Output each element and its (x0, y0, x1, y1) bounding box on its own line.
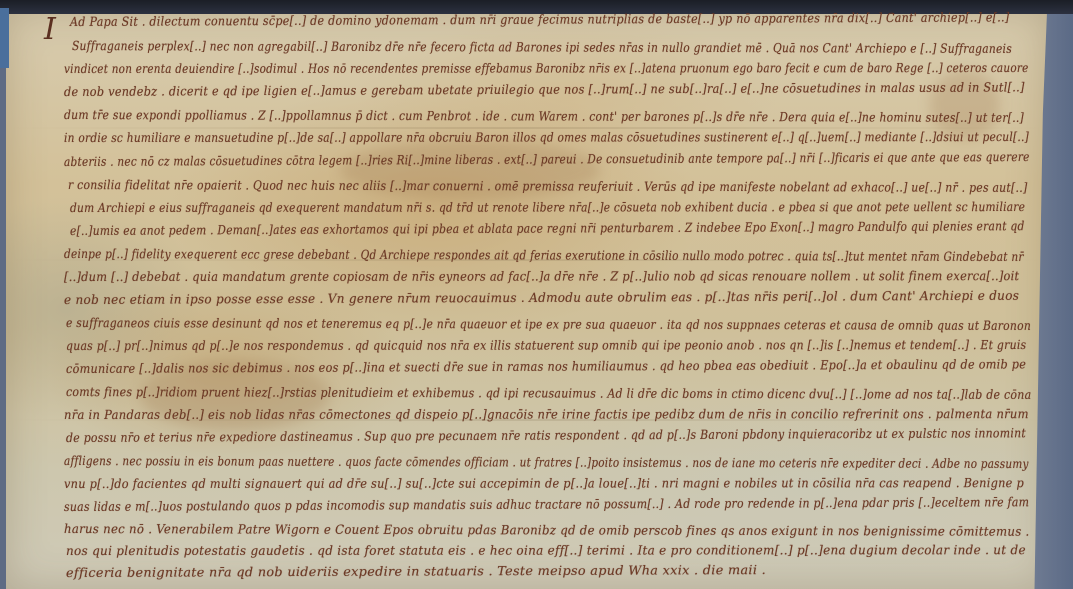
manuscript-line: affligens . nec possiu in eis bonum paas… (64, 453, 1029, 471)
manuscript-line: quas p[..] pr[..]nimus qd p[..]e nos res… (66, 337, 1026, 353)
manuscript-line: e suffraganeos ciuis esse desinunt qd no… (66, 315, 1031, 333)
manuscript-text: Ad Papa Sit . dilectum conuentu sc̄pe[..… (0, 0, 1073, 589)
manuscript-line: vnu p[..]do facientes qd multi signauert… (64, 475, 1024, 491)
manuscript-line: r consilia fidelitat nr̄e opaierit . Quo… (68, 177, 1027, 195)
manuscript-line: deinpe p[..] fidelity exequerent ecc gre… (64, 246, 1024, 264)
manuscript-line: Suffraganeis perplex[..] nec non agregab… (72, 38, 1012, 56)
manuscript-line: e nob nec etiam in ipso posse esse esse … (64, 288, 1019, 307)
manuscript-line: nos qui plenitudis potestatis gaudetis .… (66, 542, 1026, 558)
manuscript-line: efficeria benignitate nr̄a qd nob uideri… (66, 562, 766, 580)
manuscript-line: [..]dum [..] debebat . quia mandatum gre… (64, 268, 1019, 284)
manuscript-line: dum Archiepi e eius suffraganeis qd exeq… (70, 199, 1025, 215)
manuscript-line: de possu nr̄o et terius nr̄e expediore d… (66, 425, 1026, 445)
manuscript-line: comts fines p[..]ridiom pruent hiez[..]r… (66, 384, 1031, 402)
manuscript-line: vindicet non erenta deuiendire [..]sodim… (64, 60, 1029, 76)
manuscript-line: harus nec nō . Venerabilem Patre Wigorn … (64, 521, 1030, 539)
manuscript-line: in ordie sc humiliare e mansuetudine p[.… (64, 129, 1029, 145)
manuscript-line: cōmunicare [..]dalis nos sic debimus . n… (66, 356, 1026, 376)
manuscript-line: e[..]umis ea anot pedem . Deman[..]ates … (70, 218, 1025, 238)
manuscript-line: nr̄a in Pandaras deb[..] eis nob lidas n… (64, 406, 1029, 422)
manuscript-line: abteriis . nec nō cz malas cōsuetudines … (64, 149, 1030, 169)
manuscript-line: suas lidas e m[..]uos postulando quos p … (64, 494, 1029, 514)
manuscript-line: Ad Papa Sit . dilectum conuentu sc̄pe[..… (70, 9, 1009, 29)
manuscript-photo: I Ad Papa Sit . dilectum conuentu sc̄pe[… (0, 0, 1073, 589)
manuscript-line: de nob vendebz . dicerit e qd ipe ligien… (64, 79, 1025, 99)
manuscript-line: dum tr̄e sue expondi ppolliamus . Z [..]… (64, 107, 1024, 125)
